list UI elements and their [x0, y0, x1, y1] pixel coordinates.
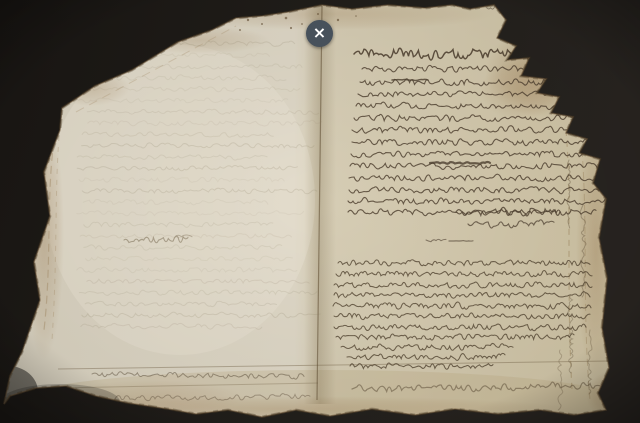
close-button[interactable]: × — [306, 20, 333, 47]
image-viewer-overlay: × — [0, 0, 640, 423]
close-icon: × — [313, 25, 326, 41]
photo-vignette — [0, 0, 640, 423]
manuscript-photo — [0, 0, 640, 423]
